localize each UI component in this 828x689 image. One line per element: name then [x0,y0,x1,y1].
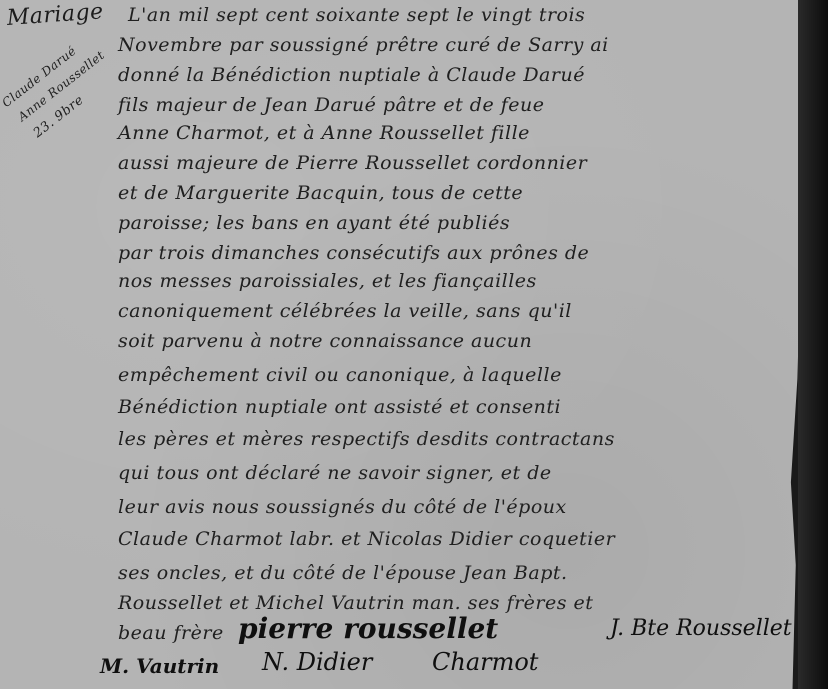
text-line-16: qui tous ont déclaré ne savoir signer, e… [118,462,552,484]
text-line-20: Roussellet et Michel Vautrin man. ses fr… [118,592,593,614]
text-line-12: soit parvenu à notre connaissance aucun [118,330,532,352]
page-edge-shadow [798,0,828,689]
text-line-15: les pères et mères respectifs desdits co… [118,428,615,450]
signature-didier: N. Didier [262,648,372,676]
text-line-5: Anne Charmot, et à Anne Roussellet fille [118,122,530,144]
text-line-11: canoniquement célébrées la veille, sans … [118,300,572,322]
text-line-18: Claude Charmot labr. et Nicolas Didier c… [118,528,615,550]
text-line-10: nos messes paroissiales, et les fiançail… [118,270,537,292]
margin-title: Mariage [6,0,104,31]
text-line-2: Novembre par soussigné prêtre curé de Sa… [118,34,609,56]
text-line-13: empêchement civil ou canonique, à laquel… [118,364,562,386]
text-line-4: fils majeur de Jean Darué pâtre et de fe… [118,94,545,116]
text-line-17: leur avis nous soussignés du côté de l'é… [118,496,567,518]
text-line-19: ses oncles, et du côté de l'épouse Jean … [118,562,568,584]
text-line-9: par trois dimanches consécutifs aux prôn… [118,242,589,264]
text-line-1: L'an mil sept cent soixante sept le ving… [128,4,585,26]
signature-charmot: Charmot [432,648,538,676]
text-line-7: et de Marguerite Bacquin, tous de cette [118,182,523,204]
register-page: Mariage Claude Darué Anne Roussellet 23.… [0,0,812,689]
text-line-8: paroisse; les bans en ayant été publiés [118,212,510,234]
signature-pierre-roussellet: pierre roussellet [238,612,498,645]
text-line-21: beau frère [118,622,224,644]
text-line-3: donné la Bénédiction nuptiale à Claude D… [118,64,585,86]
signature-vautrin: M. Vautrin [100,654,219,678]
text-line-14: Bénédiction nuptiale ont assisté et cons… [118,396,561,418]
text-line-6: aussi majeure de Pierre Roussellet cordo… [118,152,587,174]
signature-jbte-roussellet: J. Bte Roussellet [610,616,792,641]
